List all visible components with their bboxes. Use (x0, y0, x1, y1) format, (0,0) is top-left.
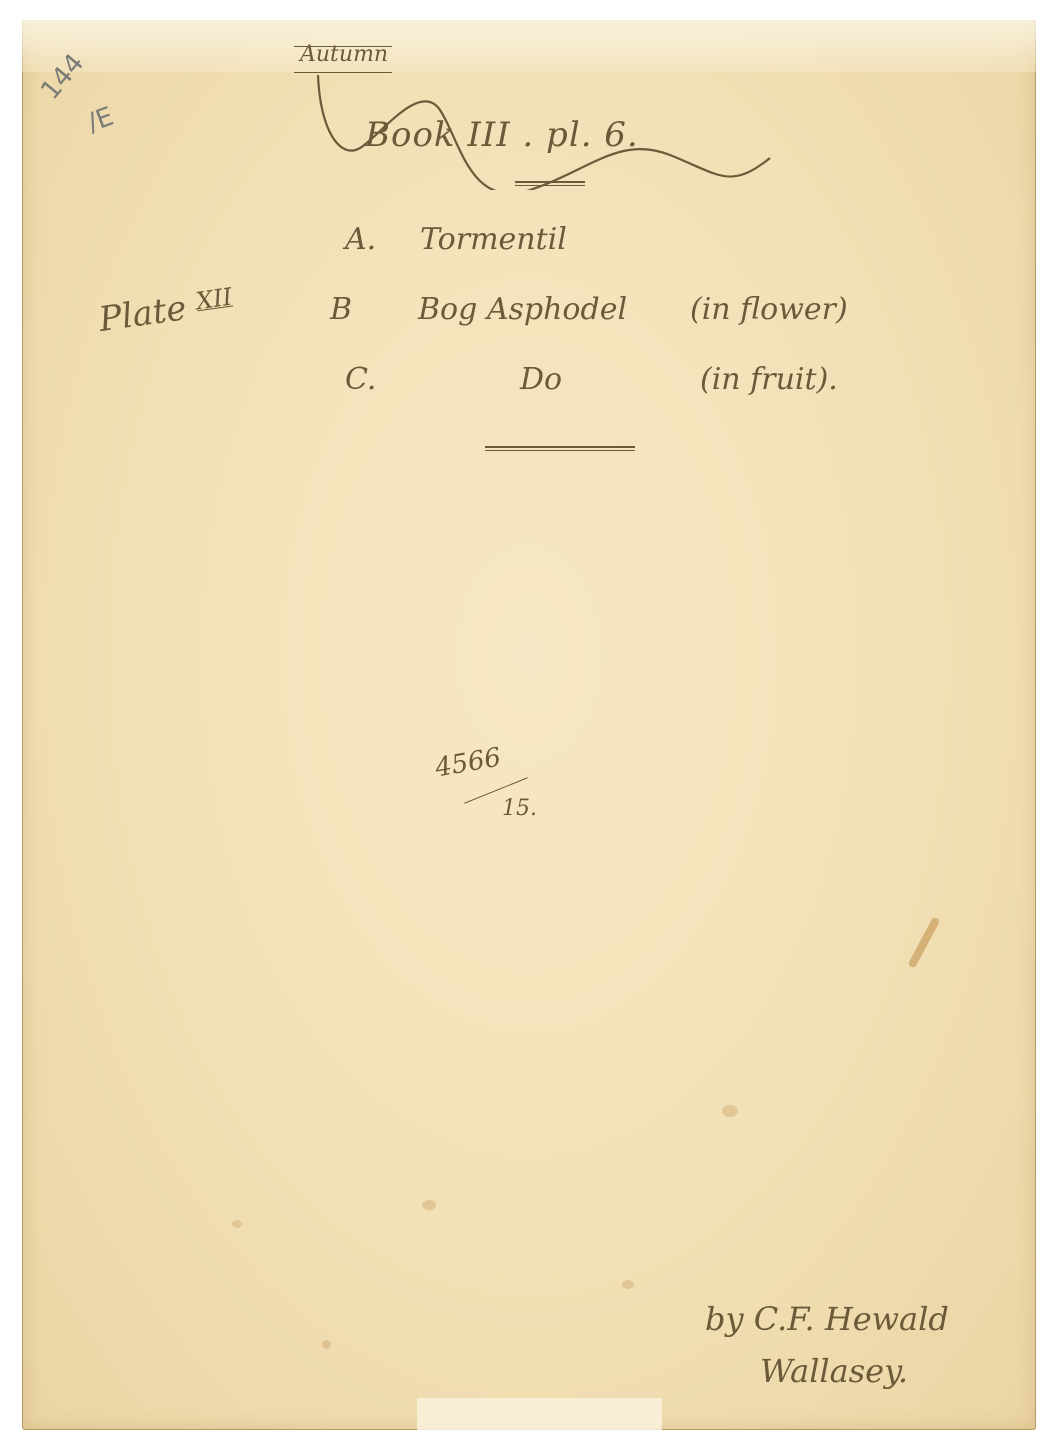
entry-name-c: Do (520, 362, 562, 397)
foxing-spot (722, 1105, 738, 1117)
accession-suffix: 15. (502, 796, 537, 821)
foxing-spot (232, 1220, 242, 1228)
ink-stain (908, 916, 941, 968)
signature-name: by C.F. Hewald (705, 1300, 949, 1338)
entry-name-a: Tormentil (420, 222, 567, 257)
entry-note-b: (in flower) (690, 292, 848, 327)
heading-underline (515, 181, 585, 186)
signature-place: Wallasey. (760, 1352, 908, 1390)
entry-name-b: Bog Asphodel (418, 292, 627, 327)
section-rule (485, 446, 635, 451)
entry-letter-a: A. (345, 222, 376, 257)
foxing-spot (422, 1200, 436, 1210)
foxing-spot (322, 1340, 331, 1349)
faded-bottom-patch (417, 1398, 662, 1430)
entry-letter-b: B (330, 292, 352, 327)
book-heading: Book III . pl. 6. (365, 115, 639, 155)
plate-number: XII (194, 283, 234, 316)
entry-letter-c: C. (345, 362, 376, 397)
foxing-spot (622, 1280, 634, 1289)
entry-note-c: (in fruit). (700, 362, 838, 397)
